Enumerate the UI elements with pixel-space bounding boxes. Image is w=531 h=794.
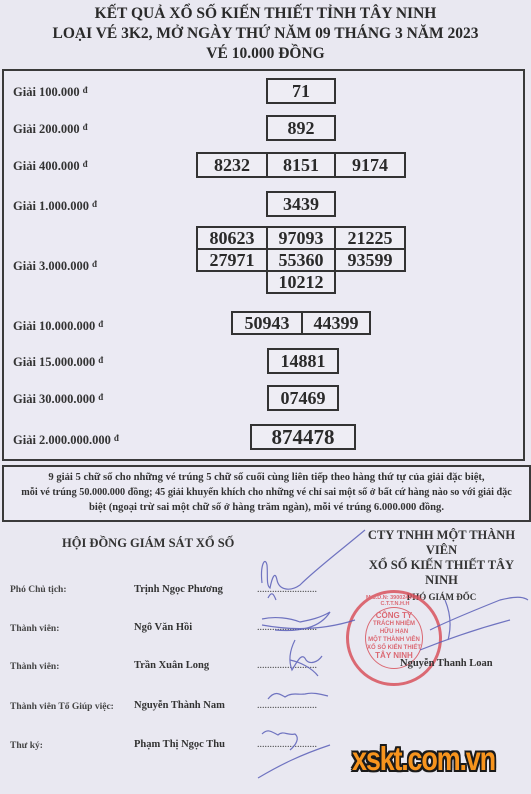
handwritten-signatures [0, 0, 531, 794]
site-watermark: xskt.com.vn [352, 740, 495, 778]
